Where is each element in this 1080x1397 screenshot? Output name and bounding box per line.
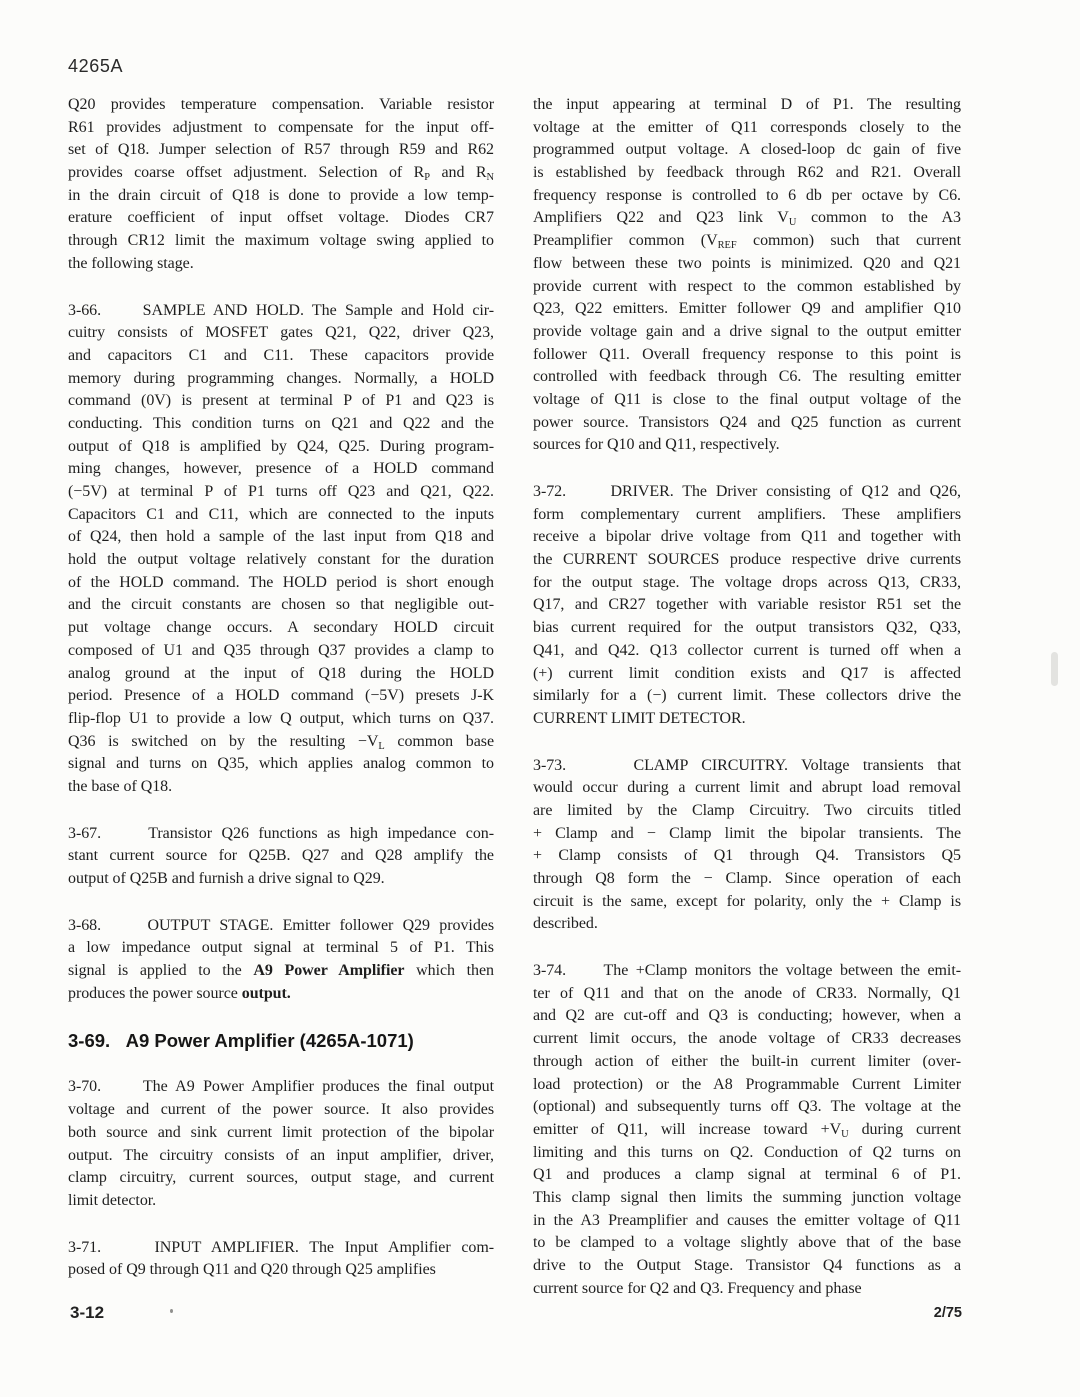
text-line: frequency response is controlled to 6 db…	[533, 185, 961, 208]
text-line: 3-67. Transistor Q26 functions as high i…	[68, 823, 494, 846]
text-line: and the circuit constants are chosen so …	[68, 594, 494, 617]
text-line: the CURRENT SOURCES produce respective d…	[533, 549, 961, 572]
text-line: analog ground at the input of Q18 during…	[68, 663, 494, 686]
text-line: through CR12 limit the maximum voltage s…	[68, 230, 494, 253]
text-line: clamp circuitry, current sources, output…	[68, 1167, 494, 1190]
text-line: (+) current limit condition exists and Q…	[533, 663, 961, 686]
text-line: 3-68. OUTPUT STAGE. Emitter follower Q29…	[68, 915, 494, 938]
text-line: voltage and current of the power source.…	[68, 1099, 494, 1122]
text-line: Q23, Q22 emitters. Emitter follower Q9 a…	[533, 298, 961, 321]
text-line: bias current required for the output tra…	[533, 617, 961, 640]
scan-speck	[170, 1309, 173, 1313]
text-line: flip-flop U1 to provide a low Q output, …	[68, 708, 494, 731]
text-line: the base of Q18.	[68, 776, 494, 799]
text-line: + Clamp consists of Q1 through Q4. Trans…	[533, 845, 961, 868]
paragraph: 3-71. INPUT AMPLIFIER. The Input Amplifi…	[68, 1237, 494, 1282]
text-line: hold the output voltage relatively const…	[68, 549, 494, 572]
text-line: output of Q18 is amplified by Q24, Q25. …	[68, 436, 494, 459]
text-line: the input appearing at terminal D of P1.…	[533, 94, 961, 117]
text-line: the following stage.	[68, 253, 494, 276]
text-line: receive a bipolar drive voltage from Q11…	[533, 526, 961, 549]
text-line: conducting. This condition turns on Q21 …	[68, 413, 494, 436]
right-column: the input appearing at terminal D of P1.…	[533, 94, 961, 1300]
text-line: through Q8 form the − Clamp. Since opera…	[533, 868, 961, 891]
text-line: 3-74. The +Clamp monitors the voltage be…	[533, 960, 961, 983]
text-line: sources for Q10 and Q11, respectively.	[533, 434, 961, 457]
scan-smudge	[1051, 652, 1058, 686]
text-line: a low impedance output signal at termina…	[68, 937, 494, 960]
text-line: + Clamp and − Clamp limit the bipolar tr…	[533, 823, 961, 846]
text-line: Q36 is switched on by the resulting −VL …	[68, 731, 494, 754]
text-line: in the A3 Preamplifier and causes the em…	[533, 1210, 961, 1233]
text-line: 3-73. CLAMP CIRCUITRY. Voltage transient…	[533, 755, 961, 778]
edition-date: 2/75	[934, 1305, 962, 1321]
text-line: described.	[533, 913, 961, 936]
text-line: period. Presence of a HOLD command (−5V)…	[68, 685, 494, 708]
text-line: Q20 provides temperature compensation. V…	[68, 94, 494, 117]
text-line: controlled with feedback through C6. The…	[533, 366, 961, 389]
text-line: 3-66. SAMPLE AND HOLD. The Sample and Ho…	[68, 300, 494, 323]
text-line: limiting and this turns on Q2. Conductio…	[533, 1142, 961, 1165]
text-line: would occur during a current limit and a…	[533, 777, 961, 800]
paragraph: the input appearing at terminal D of P1.…	[533, 94, 961, 457]
text-line: Q17, and CR27 together with variable res…	[533, 594, 961, 617]
text-line: load protection) or the A8 Programmable …	[533, 1074, 961, 1097]
text-line: current source for Q2 and Q3. Frequency …	[533, 1278, 961, 1301]
text-line: produces the power source output.	[68, 983, 494, 1006]
paragraph: 3-68. OUTPUT STAGE. Emitter follower Q29…	[68, 915, 494, 1006]
text-line: memory during programming changes. Norma…	[68, 368, 494, 391]
manual-page: 4265A Q20 provides temperature compensat…	[0, 0, 1080, 1397]
text-line: limit detector.	[68, 1190, 494, 1213]
text-line: R61 provides adjustment to compensate fo…	[68, 117, 494, 140]
text-line: composed of U1 and Q35 through Q37 provi…	[68, 640, 494, 663]
text-line: power source. Transistors Q24 and Q25 fu…	[533, 412, 961, 435]
text-line: provides coarse offset adjustment. Selec…	[68, 162, 494, 185]
text-line: voltage of Q11 is close to the final out…	[533, 389, 961, 412]
paragraph: Q20 provides temperature compensation. V…	[68, 94, 494, 276]
paragraph: 3-66. SAMPLE AND HOLD. The Sample and Ho…	[68, 300, 494, 799]
text-line: 3-70. The A9 Power Amplifier produces th…	[68, 1076, 494, 1099]
text-line: Capacitors C1 and C11, which are connect…	[68, 504, 494, 527]
text-line: Preamplifier common (VREF common) such t…	[533, 230, 961, 253]
paragraph: 3-72. DRIVER. The Driver consisting of Q…	[533, 481, 961, 731]
text-line: form complementary current amplifiers. T…	[533, 504, 961, 527]
text-line: CURRENT LIMIT DETECTOR.	[533, 708, 961, 731]
page-title: 4265A	[68, 56, 123, 77]
text-line: follower Q11. Overall frequency response…	[533, 344, 961, 367]
text-line: in the drain circuit of Q18 is done to p…	[68, 185, 494, 208]
paragraph: 3-70. The A9 Power Amplifier produces th…	[68, 1076, 494, 1212]
text-line: put voltage change occurs. A secondary H…	[68, 617, 494, 640]
text-line: posed of Q9 through Q11 and Q20 through …	[68, 1259, 494, 1282]
text-line: 3-72. DRIVER. The Driver consisting of Q…	[533, 481, 961, 504]
text-line: circuit is the same, except for polarity…	[533, 891, 961, 914]
text-line: are limited by the Clamp Circuitry. Two …	[533, 800, 961, 823]
text-line: programmed output voltage. A closed-loop…	[533, 139, 961, 162]
text-line: provide voltage gain and a drive signal …	[533, 321, 961, 344]
text-line: output. The circuitry consists of an inp…	[68, 1145, 494, 1168]
text-line: Q1 and produces a clamp signal at termin…	[533, 1164, 961, 1187]
text-line: voltage at the emitter of Q11 correspond…	[533, 117, 961, 140]
section-heading: 3-69. A9 Power Amplifier (4265A-1071)	[68, 1029, 494, 1052]
paragraph: 3-67. Transistor Q26 functions as high i…	[68, 823, 494, 891]
text-line: ming changes, however, presence of a HOL…	[68, 458, 494, 481]
left-column: Q20 provides temperature compensation. V…	[68, 94, 494, 1282]
text-line: is established by feedback through R62 a…	[533, 162, 961, 185]
text-line: provide current with respect to the comm…	[533, 276, 961, 299]
text-line: similarly for a (−) current limit. These…	[533, 685, 961, 708]
text-line: of Q24, then hold a sample of the last i…	[68, 526, 494, 549]
text-line: through action of either the built-in cu…	[533, 1051, 961, 1074]
text-line: cuitry consists of MOSFET gates Q21, Q22…	[68, 322, 494, 345]
text-line: This clamp signal then limits the summin…	[533, 1187, 961, 1210]
page-number: 3-12	[70, 1303, 104, 1323]
text-line: output of Q25B and furnish a drive signa…	[68, 868, 494, 891]
text-line: ter of Q11 and that on the anode of CR33…	[533, 983, 961, 1006]
text-line: and Q2 are cut-off and Q3 is conducting;…	[533, 1005, 961, 1028]
text-line: of the HOLD command. The HOLD period is …	[68, 572, 494, 595]
text-line: (−5V) at terminal P of P1 turns off Q23 …	[68, 481, 494, 504]
text-line: signal is applied to the A9 Power Amplif…	[68, 960, 494, 983]
text-line: for the output stage. The voltage drops …	[533, 572, 961, 595]
text-line: current limit occurs, the anode voltage …	[533, 1028, 961, 1051]
text-line: flow between these two points is minimiz…	[533, 253, 961, 276]
text-line: drive to the Output Stage. Transistor Q4…	[533, 1255, 961, 1278]
text-line: command (0V) is present at terminal P of…	[68, 390, 494, 413]
text-line: Q41, and Q42. Q13 collector current is t…	[533, 640, 961, 663]
paragraph: 3-74. The +Clamp monitors the voltage be…	[533, 960, 961, 1300]
text-line: erature coefficient of input offset volt…	[68, 207, 494, 230]
text-line: both source and sink current limit prote…	[68, 1122, 494, 1145]
text-line: (optional) and subsequently turns off Q3…	[533, 1096, 961, 1119]
text-line: Amplifiers Q22 and Q23 link VU common to…	[533, 207, 961, 230]
text-line: and capacitors C1 and C11. These capacit…	[68, 345, 494, 368]
text-line: stant current source for Q25B. Q27 and Q…	[68, 845, 494, 868]
text-line: emitter of Q11, will increase toward +VU…	[533, 1119, 961, 1142]
text-line: signal and turns on Q35, which applies a…	[68, 753, 494, 776]
text-line: 3-71. INPUT AMPLIFIER. The Input Amplifi…	[68, 1237, 494, 1260]
text-line: to be clamped to a voltage slightly abov…	[533, 1232, 961, 1255]
paragraph: 3-73. CLAMP CIRCUITRY. Voltage transient…	[533, 755, 961, 937]
text-line: set of Q18. Jumper selection of R57 thro…	[68, 139, 494, 162]
